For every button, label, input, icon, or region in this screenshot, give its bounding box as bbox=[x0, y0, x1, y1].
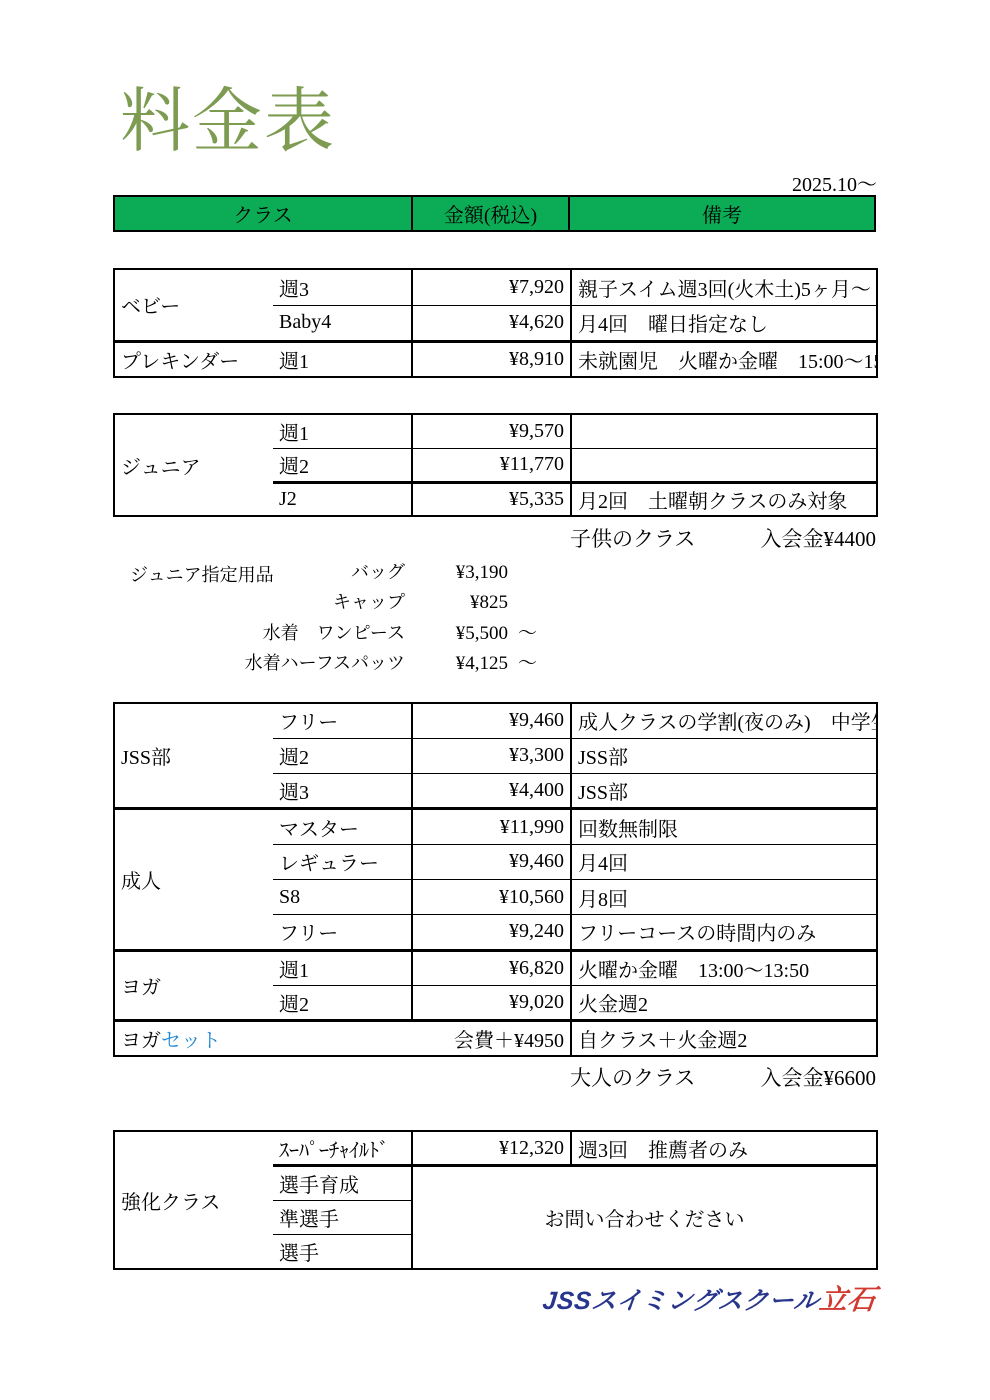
table-row: 強化クラス ｽｰﾊﾟｰﾁｬｲﾙﾄﾞ ¥12,320 週3回 推薦者のみ bbox=[114, 1131, 877, 1166]
kyoka-table: 強化クラス ｽｰﾊﾟｰﾁｬｲﾙﾄﾞ ¥12,320 週3回 推薦者のみ 選手育成… bbox=[113, 1130, 878, 1270]
group-label-cell: JSS部 bbox=[114, 703, 273, 809]
table-row: JSS部 フリー ¥9,460 成人クラスの学割(夜のみ) 中学生～ bbox=[114, 703, 877, 738]
page-title: 料金表 bbox=[120, 88, 336, 158]
adult-class-text: 大人のクラス bbox=[570, 1062, 695, 1092]
kids-fee-text: 入会金¥4400 bbox=[761, 523, 877, 553]
group-label-cell: プレキンダー bbox=[114, 341, 273, 377]
goods-item: バッグ ¥3,190 bbox=[113, 558, 583, 584]
goods-name: 水着ハーフスパッツ bbox=[113, 649, 405, 675]
kids-table: ベビー 週3 ¥7,920 親子スイム週3回(火木土)5ヶ月～ Baby4 ¥4… bbox=[113, 268, 878, 378]
goods-item: 水着ハーフスパッツ ¥4,125 ～ bbox=[113, 648, 583, 675]
price-cell: ¥8,910 bbox=[412, 341, 571, 377]
course-cell: フリー bbox=[273, 915, 412, 950]
course-cell: 週2 bbox=[273, 738, 412, 773]
price-cell: ¥9,570 bbox=[412, 414, 571, 448]
course-cell: レギュラー bbox=[273, 844, 412, 879]
remark-cell: JSS部 bbox=[571, 774, 877, 809]
group-label-cell: ジュニア bbox=[114, 414, 273, 516]
table-row: ヨガ 週1 ¥6,820 火曜か金曜 13:00～13:50 bbox=[114, 950, 877, 985]
goods-item: 水着 ワンピース ¥5,500 ～ bbox=[113, 618, 583, 645]
course-cell: フリー bbox=[273, 703, 412, 738]
table-row: ベビー 週3 ¥7,920 親子スイム週3回(火木土)5ヶ月～ bbox=[114, 269, 877, 305]
logo-branch-text: 立石 bbox=[818, 1284, 877, 1315]
remark-cell: 月2回 土曜朝クラスのみ対象 bbox=[571, 482, 877, 516]
goods-price-suffix: ～ bbox=[508, 618, 568, 645]
price-cell: ¥9,460 bbox=[412, 844, 571, 879]
price-cell: ¥6,820 bbox=[412, 950, 571, 985]
goods-price: ¥3,190 bbox=[405, 562, 508, 584]
header-price-label: 金額(税込) bbox=[411, 197, 568, 230]
adult-table: JSS部 フリー ¥9,460 成人クラスの学割(夜のみ) 中学生～ 週2 ¥3… bbox=[113, 702, 878, 1057]
course-cell: 週1 bbox=[273, 950, 412, 985]
kids-class-text: 子供のクラス bbox=[570, 523, 695, 553]
remark-cell: 親子スイム週3回(火木土)5ヶ月～ bbox=[571, 269, 877, 305]
course-cell: 週2 bbox=[273, 985, 412, 1020]
course-cell: 週2 bbox=[273, 448, 412, 482]
price-cell: ¥12,320 bbox=[412, 1131, 571, 1166]
price-cell: 会費＋¥4950 bbox=[273, 1021, 571, 1056]
remark-cell: 未就園児 火曜か金曜 15:00～15:30 bbox=[571, 341, 877, 377]
goods-name: キャップ bbox=[113, 588, 405, 614]
goods-name: 水着 ワンピース bbox=[113, 619, 405, 645]
price-cell: ¥4,400 bbox=[412, 774, 571, 809]
header-class-label: クラス bbox=[115, 197, 411, 230]
kids-enrollment-note: 子供のクラス 入会金¥4400 bbox=[570, 523, 876, 553]
remark-cell: 月8回 bbox=[571, 879, 877, 914]
goods-price: ¥4,125 bbox=[405, 653, 508, 675]
remark-cell: 自クラス＋火金週2 bbox=[571, 1021, 877, 1056]
price-cell: ¥3,300 bbox=[412, 738, 571, 773]
group-label-cell: ヨガセット bbox=[114, 1021, 273, 1056]
yoga-set-label-black: ヨガ bbox=[121, 1030, 161, 1052]
price-cell: ¥11,770 bbox=[412, 448, 571, 482]
course-cell: 週1 bbox=[273, 414, 412, 448]
remark-cell: フリーコースの時間内のみ bbox=[571, 915, 877, 950]
price-cell: ¥4,620 bbox=[412, 305, 571, 341]
course-cell: 準選手 bbox=[273, 1200, 412, 1235]
remark-cell bbox=[571, 448, 877, 482]
remark-cell: 回数無制限 bbox=[571, 809, 877, 844]
goods-name: バッグ bbox=[113, 558, 405, 584]
price-cell: ¥5,335 bbox=[412, 482, 571, 516]
course-cell: 選手育成 bbox=[273, 1166, 412, 1201]
price-cell: ¥11,990 bbox=[412, 809, 571, 844]
price-cell: ¥9,460 bbox=[412, 703, 571, 738]
course-cell: 選手 bbox=[273, 1235, 412, 1270]
yoga-set-row: ヨガセット 会費＋¥4950 自クラス＋火金週2 bbox=[114, 1021, 877, 1056]
group-label-cell: 強化クラス bbox=[114, 1131, 273, 1269]
junior-table: ジュニア 週1 ¥9,570 週2 ¥11,770 J2 ¥5,335 月2回 … bbox=[113, 413, 878, 517]
group-label-cell: ベビー bbox=[114, 269, 273, 341]
remark-cell: 成人クラスの学割(夜のみ) 中学生～ bbox=[571, 703, 877, 738]
goods-item: キャップ ¥825 bbox=[113, 588, 583, 614]
remark-cell bbox=[571, 414, 877, 448]
contact-cell: お問い合わせください bbox=[412, 1166, 877, 1270]
yoga-set-label-blue: セット bbox=[161, 1030, 221, 1052]
pricing-header-bar: クラス 金額(税込) 備考 bbox=[113, 195, 876, 232]
header-remarks-label: 備考 bbox=[568, 197, 874, 230]
remark-cell: JSS部 bbox=[571, 738, 877, 773]
adult-enrollment-note: 大人のクラス 入会金¥6600 bbox=[570, 1062, 876, 1092]
price-cell: ¥7,920 bbox=[412, 269, 571, 305]
table-row: 成人 マスター ¥11,990 回数無制限 bbox=[114, 809, 877, 844]
group-label-cell: 成人 bbox=[114, 809, 273, 950]
remark-cell: 月4回 bbox=[571, 844, 877, 879]
goods-price: ¥825 bbox=[405, 592, 508, 614]
goods-price: ¥5,500 bbox=[405, 623, 508, 645]
remark-cell: 月4回 曜日指定なし bbox=[571, 305, 877, 341]
logo-main-text: JSSスイミングスクール bbox=[542, 1287, 821, 1315]
course-cell: 週1 bbox=[273, 341, 412, 377]
remark-cell: 火曜か金曜 13:00～13:50 bbox=[571, 950, 877, 985]
remark-cell: 火金週2 bbox=[571, 985, 877, 1020]
course-cell: 週3 bbox=[273, 774, 412, 809]
table-row: ジュニア 週1 ¥9,570 bbox=[114, 414, 877, 448]
table-row: プレキンダー 週1 ¥8,910 未就園児 火曜か金曜 15:00～15:30 bbox=[114, 341, 877, 377]
remark-cell: 週3回 推薦者のみ bbox=[571, 1131, 877, 1166]
course-cell: S8 bbox=[273, 879, 412, 914]
adult-fee-text: 入会金¥6600 bbox=[761, 1062, 877, 1092]
group-label-cell: ヨガ bbox=[114, 950, 273, 1021]
effective-date: 2025.10～ bbox=[792, 168, 877, 197]
price-cell: ¥10,560 bbox=[412, 879, 571, 914]
price-cell: ¥9,240 bbox=[412, 915, 571, 950]
course-cell: 週3 bbox=[273, 269, 412, 305]
course-cell: マスター bbox=[273, 809, 412, 844]
course-cell: ｽｰﾊﾟｰﾁｬｲﾙﾄﾞ bbox=[273, 1131, 412, 1166]
price-sheet-page: 料金表 2025.10～ クラス 金額(税込) 備考 ベビー 週3 ¥7,920… bbox=[0, 0, 990, 1400]
course-cell: J2 bbox=[273, 482, 412, 516]
school-logo: JSSスイミングスクール立石 bbox=[541, 1278, 878, 1318]
goods-price-suffix: ～ bbox=[508, 648, 568, 675]
price-cell: ¥9,020 bbox=[412, 985, 571, 1020]
course-cell: Baby4 bbox=[273, 305, 412, 341]
